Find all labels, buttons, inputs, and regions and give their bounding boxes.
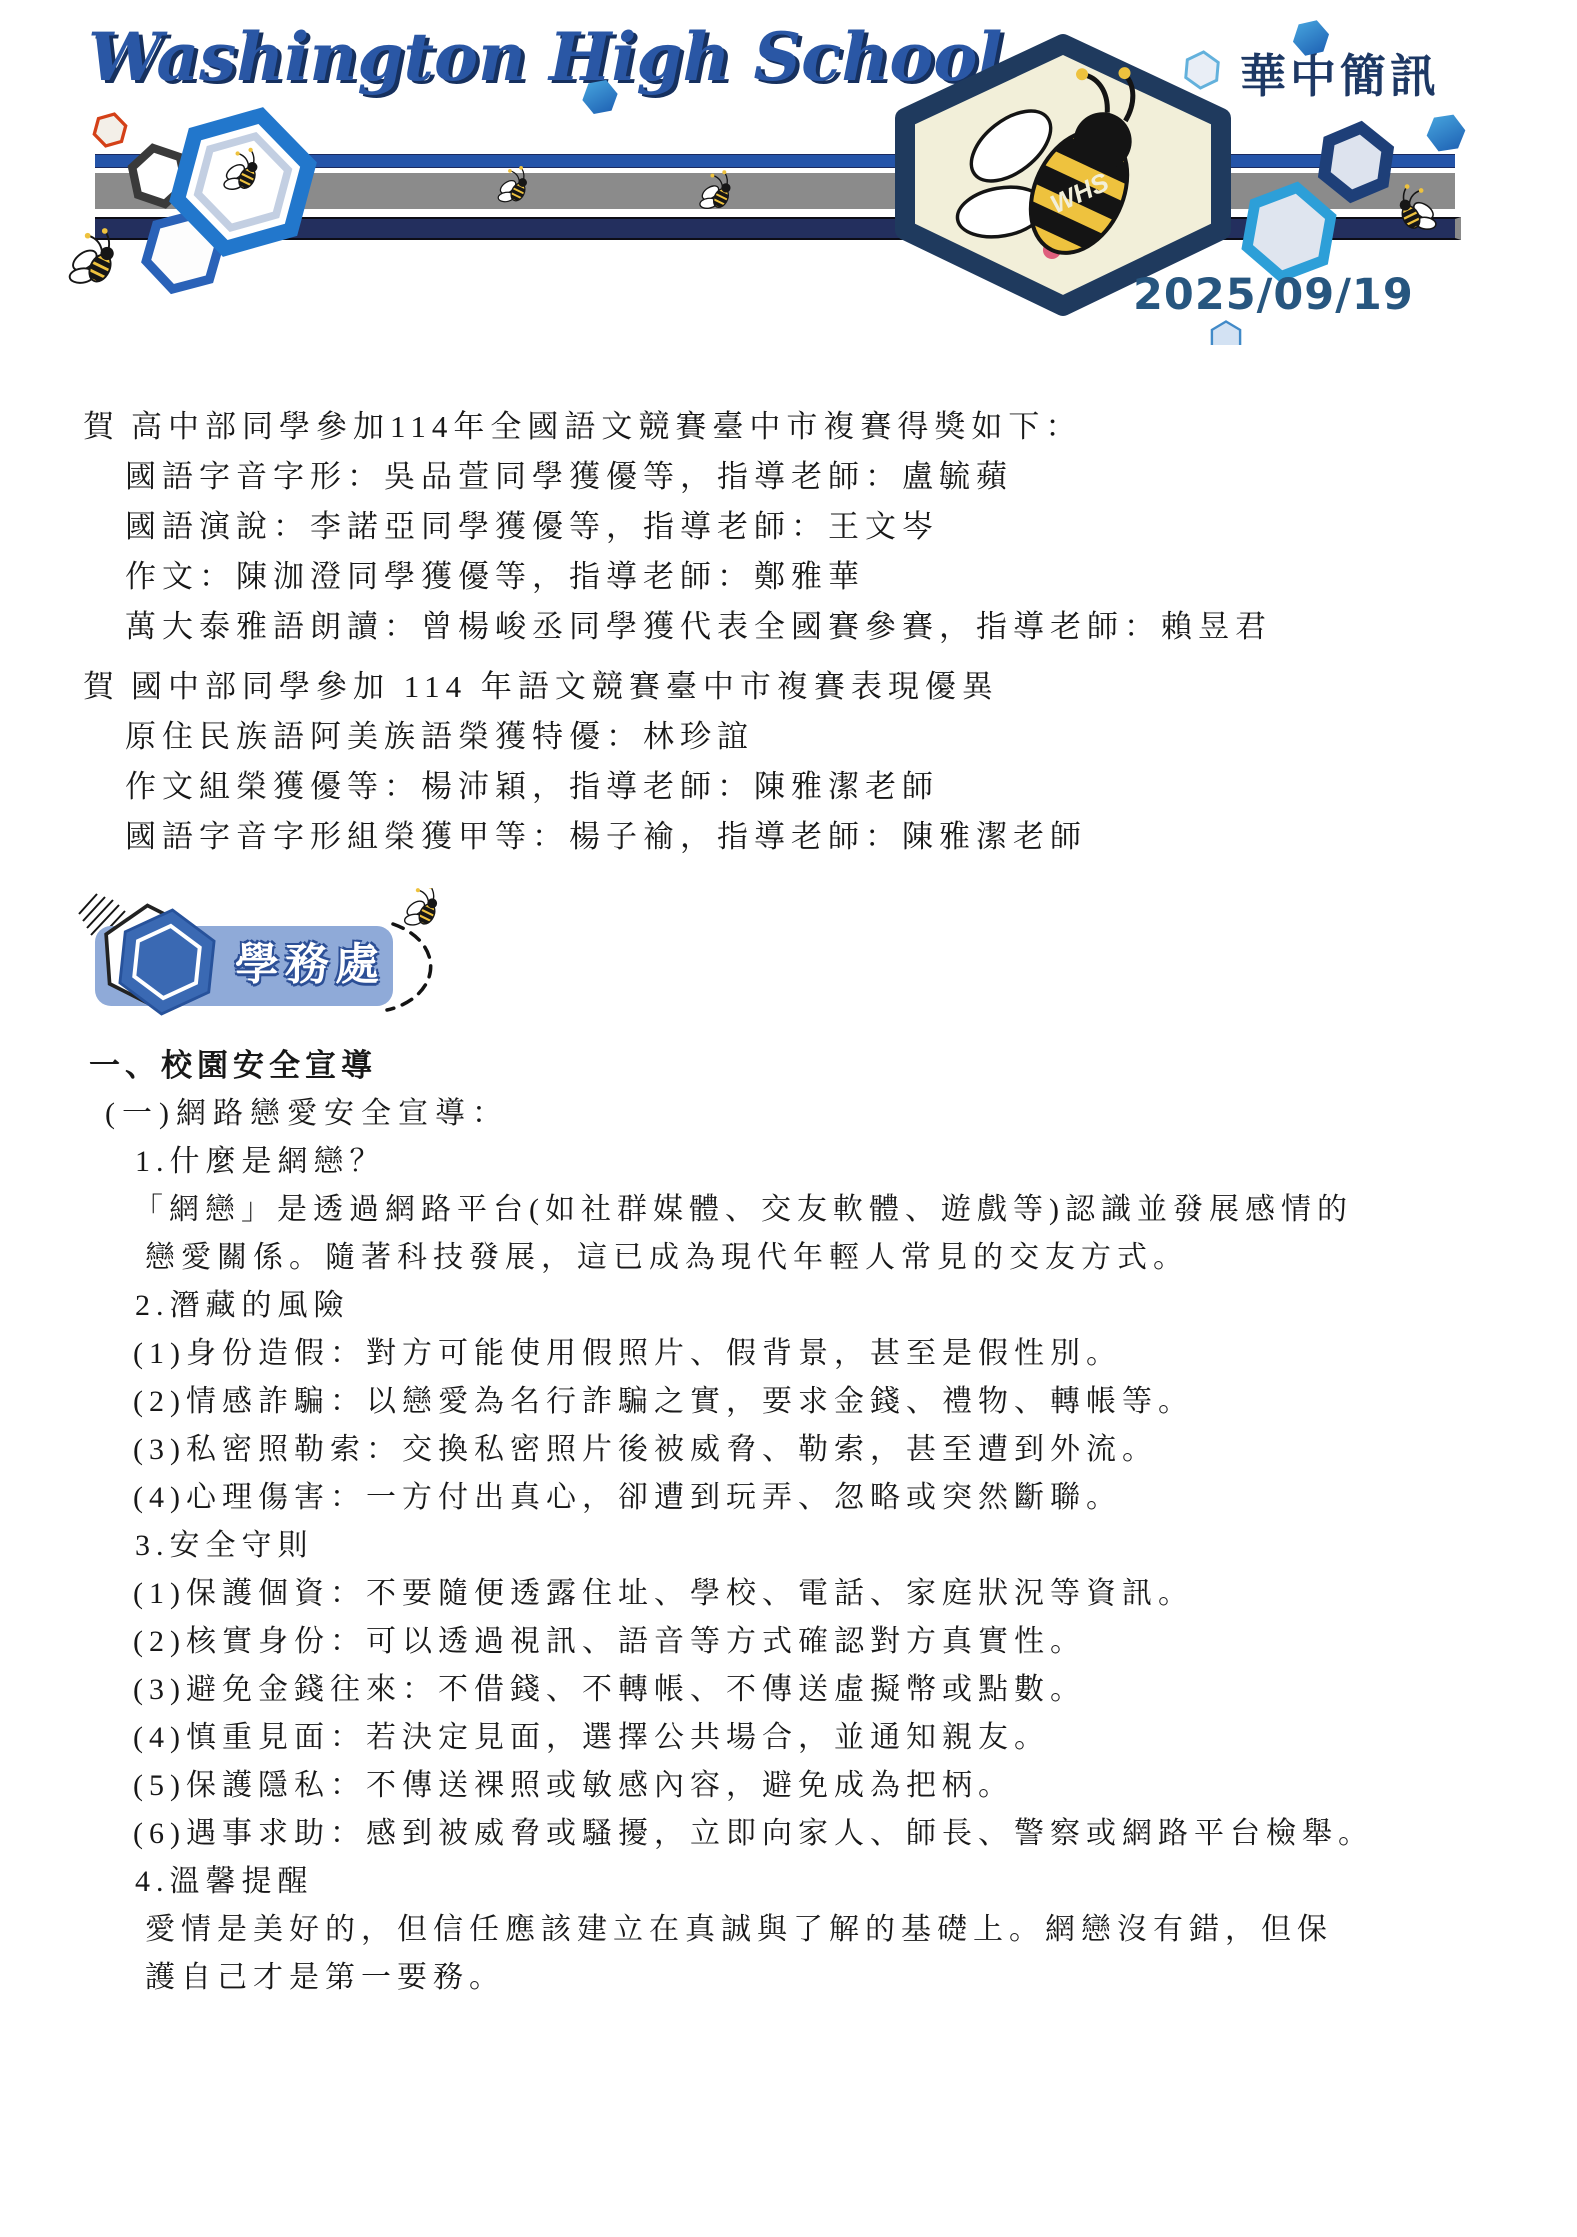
banner-stripe-navy xyxy=(95,217,1461,240)
hexagon-icon xyxy=(1185,51,1219,90)
congrats-label: 賀 xyxy=(83,662,120,712)
hexagon-icon xyxy=(1212,322,1240,346)
award-line: 萬大泰雅語朗讀：曾楊峻丞同學獲代表全國賽參賽，指導老師：賴昱君 xyxy=(125,602,1577,652)
announcement-high-school: 賀 高中部同學參加114年全國語文競賽臺中市複賽得獎如下： 國語字音字形：吳品萱… xyxy=(83,402,1577,652)
office-badge-label: 學務處 xyxy=(225,928,395,992)
announcement-title-row: 賀 高中部同學參加114年全國語文競賽臺中市複賽得獎如下： xyxy=(83,402,1577,452)
safety-section: 一、校園安全宣導 (一)網路戀愛安全宣導： 1.什麼是網戀？ 「網戀」是透過網路… xyxy=(83,1042,1577,2002)
text-line: (1)身份造假：對方可能使用假照片、假背景，甚至是假性別。 xyxy=(133,1330,1577,1378)
award-line: 國語演說：李諾亞同學獲優等，指導老師：王文岑 xyxy=(125,502,1577,552)
text-line: (2)核實身份：可以透過視訊、語音等方式確認對方真實性。 xyxy=(133,1618,1577,1666)
text-line: 3.安全守則 xyxy=(135,1522,1577,1570)
text-line: (4)心理傷害：一方付出真心，卻遭到玩弄、忽略或突然斷聯。 xyxy=(133,1474,1577,1522)
award-line: 作文組榮獲優等：楊沛穎，指導老師：陳雅潔老師 xyxy=(125,762,1577,812)
bee-icon xyxy=(404,888,441,927)
award-line: 國語字音字形：吳品萱同學獲優等，指導老師：盧毓蘋 xyxy=(125,452,1577,502)
announcement-title: 國中部同學參加 114 年語文競賽臺中市複賽表現優異 xyxy=(131,662,999,712)
hexagon-icon xyxy=(92,110,128,149)
banner-stripe-blue xyxy=(95,154,1455,168)
text-line: (6)遇事求助：感到被威脅或騷擾，立即向家人、師長、警察或網路平台檢舉。 xyxy=(133,1810,1577,1858)
section-subheading: (一)網路戀愛安全宣導： xyxy=(105,1090,1577,1138)
text-line: 護自己才是第一要務。 xyxy=(145,1954,1577,2002)
student-affairs-office-badge: 學務處 xyxy=(75,888,495,1020)
text-line: 4.溫馨提醒 xyxy=(135,1858,1577,1906)
text-line: 「網戀」是透過網路平台(如社群媒體、交友軟體、遊戲等)認識並發展感情的 xyxy=(133,1186,1577,1234)
text-line: (1)保護個資：不要隨便透露住址、學校、電話、家庭狀況等資訊。 xyxy=(133,1570,1577,1618)
award-line: 原住民族語阿美族語榮獲特優：林珍誼 xyxy=(125,712,1577,762)
text-line: (2)情感詐騙：以戀愛為名行詐騙之實，要求金錢、禮物、轉帳等。 xyxy=(133,1378,1577,1426)
announcement-junior-high: 賀 國中部同學參加 114 年語文競賽臺中市複賽表現優異 原住民族語阿美族語榮獲… xyxy=(83,662,1577,862)
announcement-title-row: 賀 國中部同學參加 114 年語文競賽臺中市複賽表現優異 xyxy=(83,662,1577,712)
text-line: (4)慎重見面：若決定見面，選擇公共場合，並通知親友。 xyxy=(133,1714,1577,1762)
award-line: 國語字音字形組榮獲甲等：楊子褕，指導老師：陳雅潔老師 xyxy=(125,812,1577,862)
issue-date: 2025/09/19 xyxy=(1133,270,1414,320)
text-line: (3)避免金錢往來：不借錢、不轉帳、不傳送虛擬幣或點數。 xyxy=(133,1666,1577,1714)
award-line: 作文：陳泇澄同學獲優等，指導老師：鄭雅華 xyxy=(125,552,1577,602)
congrats-label: 賀 xyxy=(83,402,120,452)
banner-stripe-gray xyxy=(95,173,1455,209)
text-line: (5)保護隱私：不傳送裸照或敏感內容，避免成為把柄。 xyxy=(133,1762,1577,1810)
text-line: 戀愛關係。隨著科技發展，這已成為現代年輕人常見的交友方式。 xyxy=(145,1234,1577,1282)
section-heading: 一、校園安全宣導 xyxy=(89,1042,1577,1090)
newsletter-title-zh: 華中簡訊 xyxy=(1240,40,1440,106)
text-line: (3)私密照勒索：交換私密照片後被威脅、勒索，甚至遭到外流。 xyxy=(133,1426,1577,1474)
text-line: 2.潛藏的風險 xyxy=(135,1282,1577,1330)
text-line: 1.什麼是網戀？ xyxy=(135,1138,1577,1186)
newsletter-page: Washington High School 華中簡訊 2025/09/19 xyxy=(0,0,1577,2237)
announcement-title: 高中部同學參加114年全國語文競賽臺中市複賽得獎如下： xyxy=(131,402,1082,452)
masthead: Washington High School 華中簡訊 2025/09/19 xyxy=(0,0,1577,345)
hexagon-icon xyxy=(1423,108,1469,157)
school-name-title: Washington High School xyxy=(88,18,1002,96)
text-line: 愛情是美好的，但信任應該建立在真誠與了解的基礎上。網戀沒有錯，但保 xyxy=(145,1906,1577,1954)
newsletter-body: 賀 高中部同學參加114年全國語文競賽臺中市複賽得獎如下： 國語字音字形：吳品萱… xyxy=(0,345,1577,2002)
